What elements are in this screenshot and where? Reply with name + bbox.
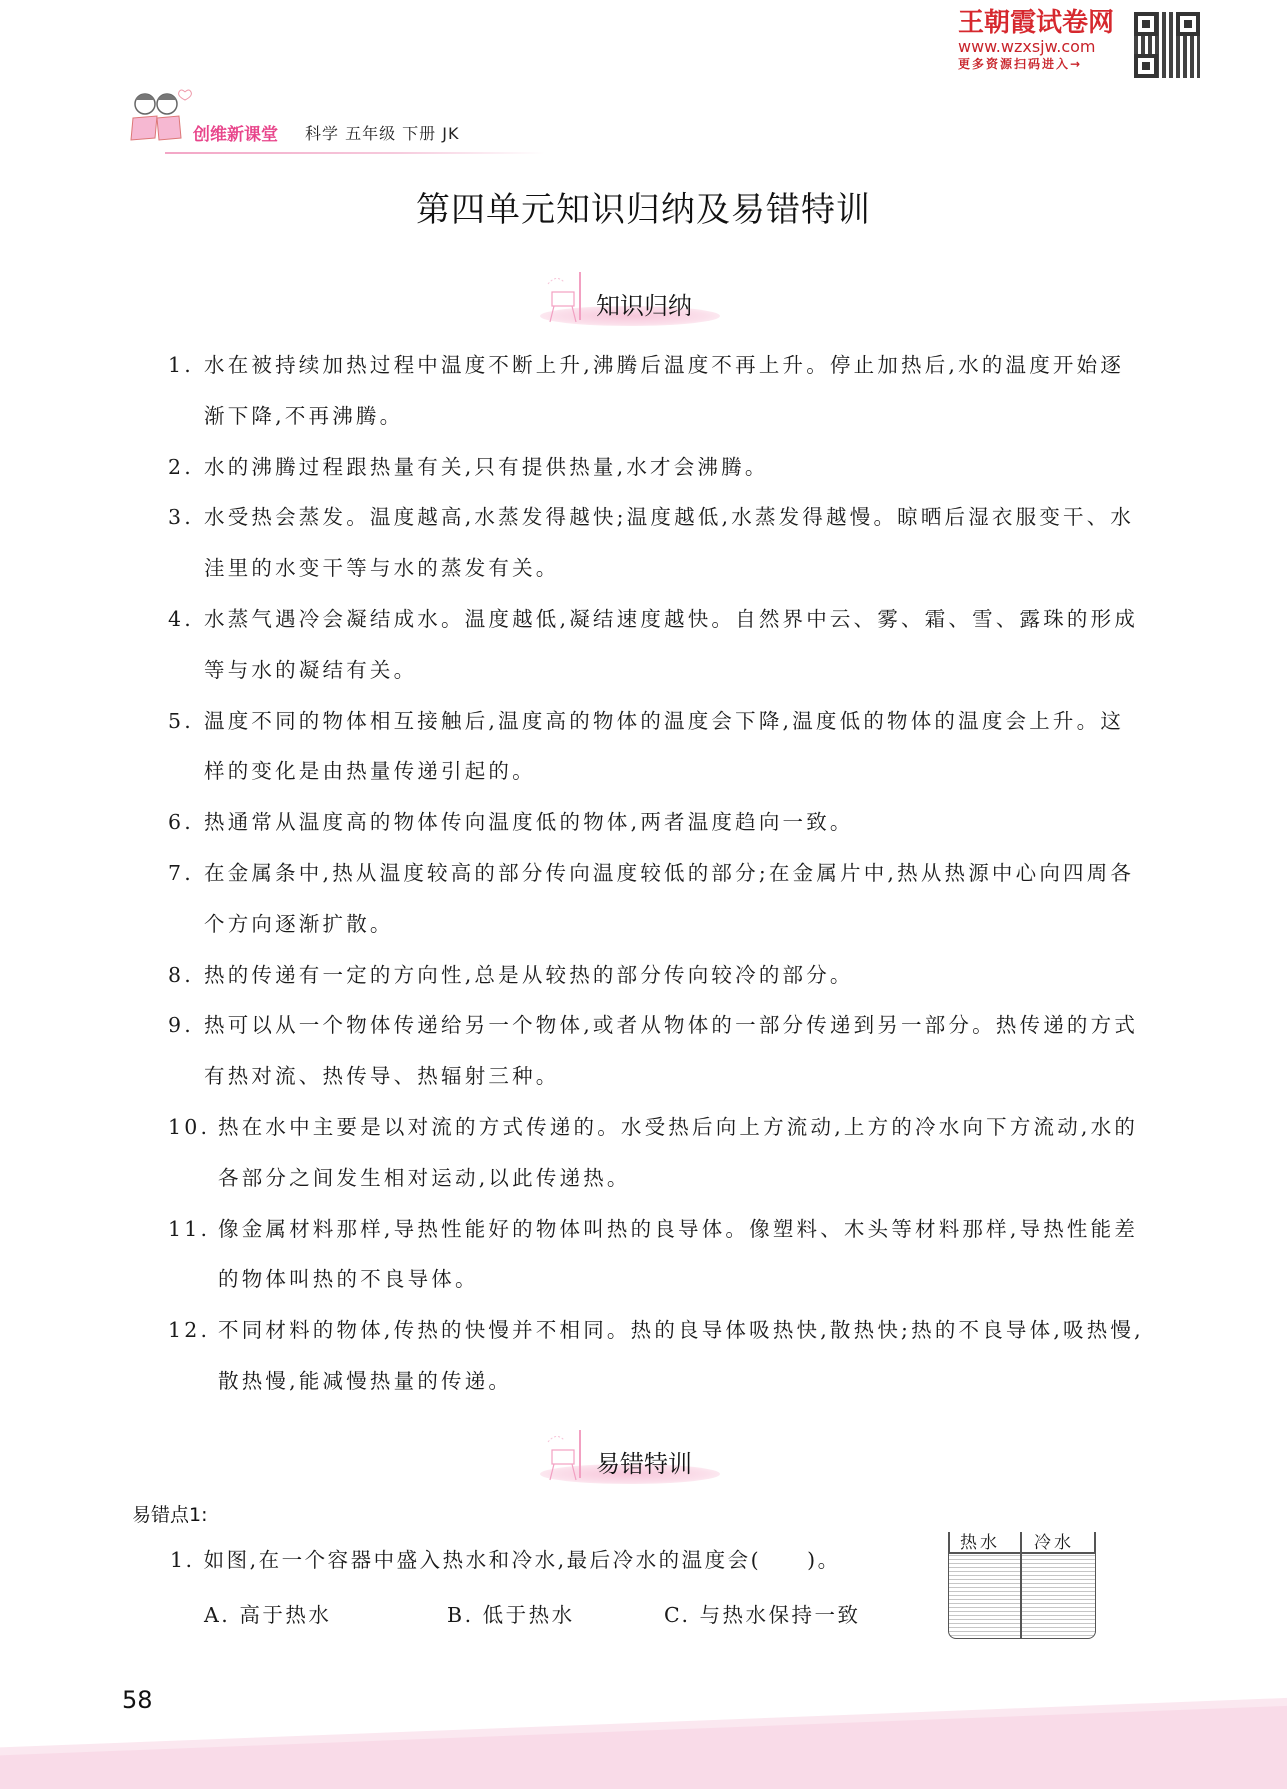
list-item: 9.热可以从一个物体传递给另一个物体,或者从物体的一部分传递到另一部分。热传递的… (168, 1000, 1148, 1102)
container-divider (1020, 1532, 1022, 1638)
list-item: 10.热在水中主要是以对流的方式传递的。水受热后向上方流动,上方的冷水向下方流动… (168, 1102, 1148, 1204)
watermark: 王朝霞试卷网 www.wzxsjw.com 更多资源扫码进入→ (958, 8, 1138, 72)
page-title: 第四单元知识归纳及易错特训 (0, 182, 1287, 231)
list-item: 6.热通常从温度高的物体传向温度低的物体,两者温度趋向一致。 (168, 797, 1148, 848)
footer-band (0, 1690, 1287, 1789)
cold-water-label: 冷水 (1034, 1528, 1074, 1553)
list-item: 8.热的传递有一定的方向性,总是从较热的部分传向较冷的部分。 (168, 950, 1148, 1001)
flask-icon (542, 270, 588, 324)
section-heading-label: 易错特训 (596, 1444, 692, 1479)
list-item: 5.温度不同的物体相互接触后,温度高的物体的温度会下降,温度低的物体的温度会上升… (168, 696, 1148, 798)
list-item: 1.水在被持续加热过程中温度不断上升,沸腾后温度不再上升。停止加热后,水的温度开… (168, 340, 1148, 442)
page-number: 58 (122, 1686, 153, 1714)
water-surface-line (948, 1552, 1096, 1554)
section-heading-label: 知识归纳 (596, 286, 692, 321)
list-item: 3.水受热会蒸发。温度越高,水蒸发得越快;温度越低,水蒸发得越慢。晾晒后湿衣服变… (168, 492, 1148, 594)
option-a[interactable]: A. 高于热水 (204, 1598, 331, 1628)
section-heading-errors: 易错特训 (530, 1426, 730, 1486)
section-heading-knowledge: 知识归纳 (530, 268, 730, 328)
container-figure: 热水 冷水 (946, 1528, 1098, 1642)
watermark-cta: 更多资源扫码进入→ (958, 56, 1138, 72)
hot-water-label: 热水 (960, 1528, 1000, 1553)
list-item: 7.在金属条中,热从温度较高的部分传向温度较低的部分;在金属片中,热从热源中心向… (168, 848, 1148, 950)
page-header: 创维新课堂 科学 五年级 下册 JK (125, 88, 1125, 160)
option-b[interactable]: B. 低于热水 (447, 1598, 575, 1628)
list-item: 2.水的沸腾过程跟热量有关,只有提供热量,水才会沸腾。 (168, 442, 1148, 493)
qr-code-icon[interactable] (1134, 12, 1200, 78)
container-wall-left (948, 1532, 950, 1554)
list-item: 11.像金属材料那样,导热性能好的物体叫热的良导体。像塑料、木头等材料那样,导热… (168, 1204, 1148, 1306)
container-wall-right (1094, 1532, 1096, 1554)
kids-illustration-icon (125, 88, 195, 148)
error-point-label: 易错点1: (132, 1500, 208, 1527)
subject-label: 科学 五年级 下册 JK (305, 121, 459, 144)
watermark-title: 王朝霞试卷网 (958, 8, 1138, 38)
knowledge-list: 1.水在被持续加热过程中温度不断上升,沸腾后温度不再上升。停止加热后,水的温度开… (168, 340, 1148, 1407)
option-c[interactable]: C. 与热水保持一致 (664, 1598, 861, 1628)
header-divider (165, 152, 545, 154)
question-text: 1. 如图,在一个容器中盛入热水和冷水,最后冷水的温度会( )。 (170, 1543, 841, 1573)
list-item: 12.不同材料的物体,传热的快慢并不相同。热的良导体吸热快,散热快;热的不良导体… (168, 1305, 1148, 1407)
water-fill (948, 1552, 1096, 1639)
list-item: 4.水蒸气遇冷会凝结成水。温度越低,凝结速度越快。自然界中云、雾、霜、雪、露珠的… (168, 594, 1148, 696)
watermark-url[interactable]: www.wzxsjw.com (958, 38, 1138, 56)
flask-icon (542, 1428, 588, 1482)
brand-name: 创维新课堂 (193, 120, 278, 145)
